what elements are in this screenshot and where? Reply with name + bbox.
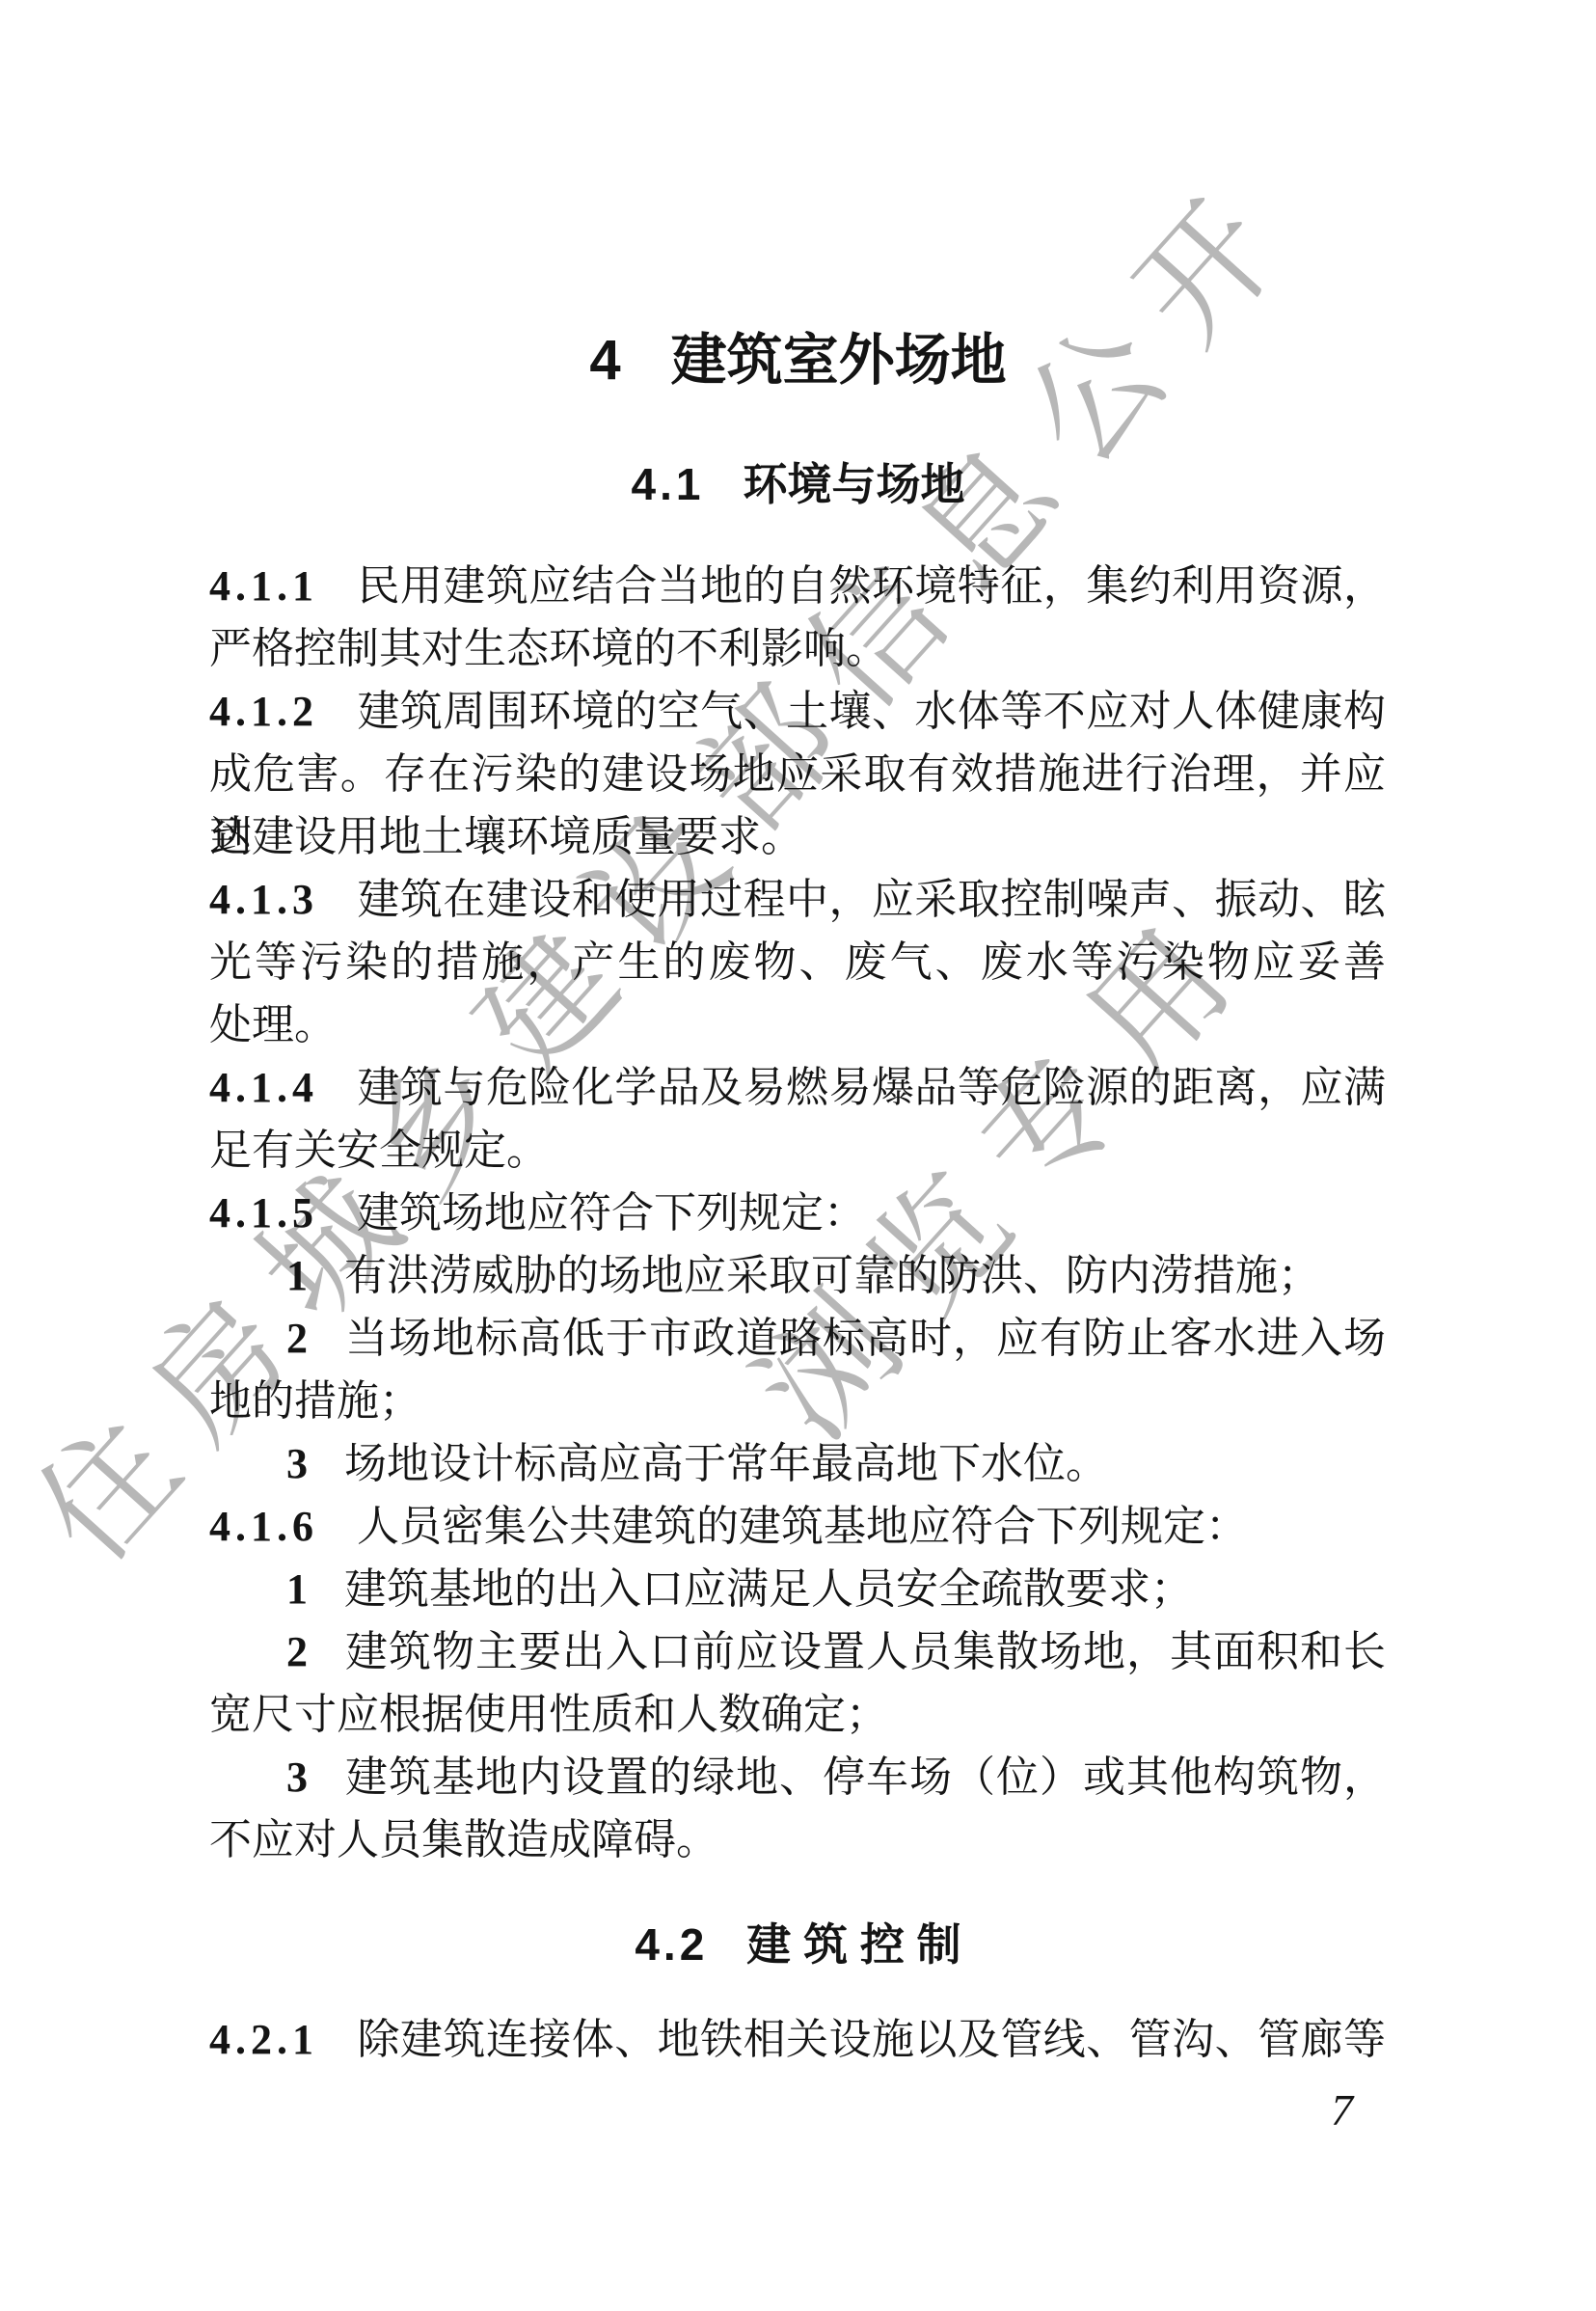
line-text: 建筑在建设和使用过程中，应采取控制噪声、振动、眩 <box>357 876 1386 923</box>
text-line: 成危害。存在污染的建设场地应采取有效措施进行治理，并应达 <box>209 743 1386 805</box>
line-text: 不应对人员集散造成障碍。 <box>209 1816 718 1863</box>
clause-number: 4.1.1 <box>209 562 318 610</box>
clause-line: 4.1.2建筑周围环境的空气、土壤、水体等不应对人体健康构 <box>209 680 1386 743</box>
section-title: 环境与场地 <box>743 459 964 509</box>
item-number: 3 <box>286 1754 308 1801</box>
page-number: 7 <box>1331 2083 1353 2137</box>
line-text: 建筑物主要出入口前应设置人员集散场地，其面积和长 <box>344 1628 1386 1675</box>
line-text: 当场地标高低于市政道路标高时，应有防止客水进入场 <box>344 1315 1386 1362</box>
list-item-line: 2建筑物主要出入口前应设置人员集散场地，其面积和长 <box>209 1620 1386 1683</box>
clause-line: 4.1.4建筑与危险化学品及易燃易爆品等危险源的距离，应满 <box>209 1056 1386 1119</box>
chapter-title: 4建筑室外场地 <box>0 326 1596 395</box>
section-title: 建 筑 控 制 <box>746 1919 960 1970</box>
line-text: 建筑周围环境的空气、土壤、水体等不应对人体健康构 <box>357 688 1386 735</box>
clause-number: 4.1.3 <box>209 876 318 923</box>
line-text: 除建筑连接体、地铁相关设施以及管线、管沟、管廊等 <box>357 2016 1386 2063</box>
text-line: 足有关安全规定。 <box>209 1119 1386 1182</box>
item-number: 1 <box>286 1252 308 1299</box>
item-number: 2 <box>286 1628 308 1675</box>
text-line: 到建设用地土壤环境质量要求。 <box>209 805 1386 868</box>
line-text: 光等污染的措施，产生的废物、废气、废水等污染物应妥善 <box>209 938 1386 986</box>
section-4-1-body: 4.1.1民用建筑应结合当地的自然环境特征，集约利用资源，严格控制其对生态环境的… <box>209 555 1386 1871</box>
clause-number: 4.2.1 <box>209 2016 318 2063</box>
line-text: 到建设用地土壤环境质量要求。 <box>209 813 803 860</box>
line-text: 宽尺寸应根据使用性质和人数确定； <box>209 1691 888 1738</box>
section-4-2-body: 4.2.1除建筑连接体、地铁相关设施以及管线、管沟、管廊等 <box>209 2008 1386 2071</box>
line-text: 建筑基地的出入口应满足人员安全疏散要求； <box>344 1565 1193 1613</box>
section-heading-4-2: 4.2建 筑 控 制 <box>0 1917 1596 1971</box>
list-item-line: 1建筑基地的出入口应满足人员安全疏散要求； <box>209 1558 1386 1620</box>
clause-number: 4.1.2 <box>209 688 318 735</box>
section-number: 4.2 <box>635 1919 708 1970</box>
line-text: 人员密集公共建筑的建筑基地应符合下列规定： <box>357 1503 1248 1550</box>
list-item-line: 2当场地标高低于市政道路标高时，应有防止客水进入场 <box>209 1307 1386 1370</box>
text-line: 光等污染的措施，产生的废物、废气、废水等污染物应妥善 <box>209 931 1386 993</box>
list-item-line: 1有洪涝威胁的场地应采取可靠的防洪、防内涝措施； <box>209 1244 1386 1307</box>
clause-line: 4.1.5建筑场地应符合下列规定： <box>209 1182 1386 1244</box>
line-text: 地的措施； <box>209 1377 421 1425</box>
line-text: 严格控制其对生态环境的不利影响。 <box>209 625 888 672</box>
item-number: 3 <box>286 1440 308 1487</box>
line-text: 场地设计标高应高于常年最高地下水位。 <box>344 1440 1108 1487</box>
clause-number: 4.1.5 <box>209 1189 318 1237</box>
line-text: 建筑基地内设置的绿地、停车场（位）或其他构筑物， <box>344 1754 1386 1801</box>
line-text: 建筑场地应符合下列规定： <box>357 1189 866 1237</box>
list-item-line: 3场地设计标高应高于常年最高地下水位。 <box>209 1432 1386 1495</box>
text-line: 不应对人员集散造成障碍。 <box>209 1808 1386 1871</box>
item-number: 2 <box>286 1315 308 1362</box>
section-number: 4.1 <box>632 459 705 509</box>
line-text: 民用建筑应结合当地的自然环境特征，集约利用资源， <box>357 562 1386 610</box>
clause-number: 4.1.4 <box>209 1064 318 1111</box>
chapter-title-text: 建筑室外场地 <box>671 329 1007 392</box>
clause-line: 4.1.6人员密集公共建筑的建筑基地应符合下列规定： <box>209 1495 1386 1558</box>
line-text: 有洪涝威胁的场地应采取可靠的防洪、防内涝措施； <box>344 1252 1320 1299</box>
text-line: 处理。 <box>209 993 1386 1056</box>
clause-line: 4.1.3建筑在建设和使用过程中，应采取控制噪声、振动、眩 <box>209 868 1386 931</box>
document-page: 住房城乡建设部信息公开 浏览专用 4建筑室外场地 4.1环境与场地 4.1.1民… <box>0 0 1596 2311</box>
clause-number: 4.1.6 <box>209 1503 318 1550</box>
line-text: 建筑与危险化学品及易燃易爆品等危险源的距离，应满 <box>357 1064 1386 1111</box>
line-text: 处理。 <box>209 1001 337 1048</box>
chapter-number: 4 <box>589 329 620 392</box>
text-line: 严格控制其对生态环境的不利影响。 <box>209 617 1386 680</box>
section-heading-4-1: 4.1环境与场地 <box>0 457 1596 511</box>
text-line: 宽尺寸应根据使用性质和人数确定； <box>209 1683 1386 1746</box>
item-number: 1 <box>286 1565 308 1613</box>
line-text: 足有关安全规定。 <box>209 1127 549 1174</box>
clause-line: 4.1.1民用建筑应结合当地的自然环境特征，集约利用资源， <box>209 555 1386 617</box>
clause-line: 4.2.1除建筑连接体、地铁相关设施以及管线、管沟、管廊等 <box>209 2008 1386 2071</box>
text-line: 地的措施； <box>209 1370 1386 1432</box>
list-item-line: 3建筑基地内设置的绿地、停车场（位）或其他构筑物， <box>209 1746 1386 1808</box>
